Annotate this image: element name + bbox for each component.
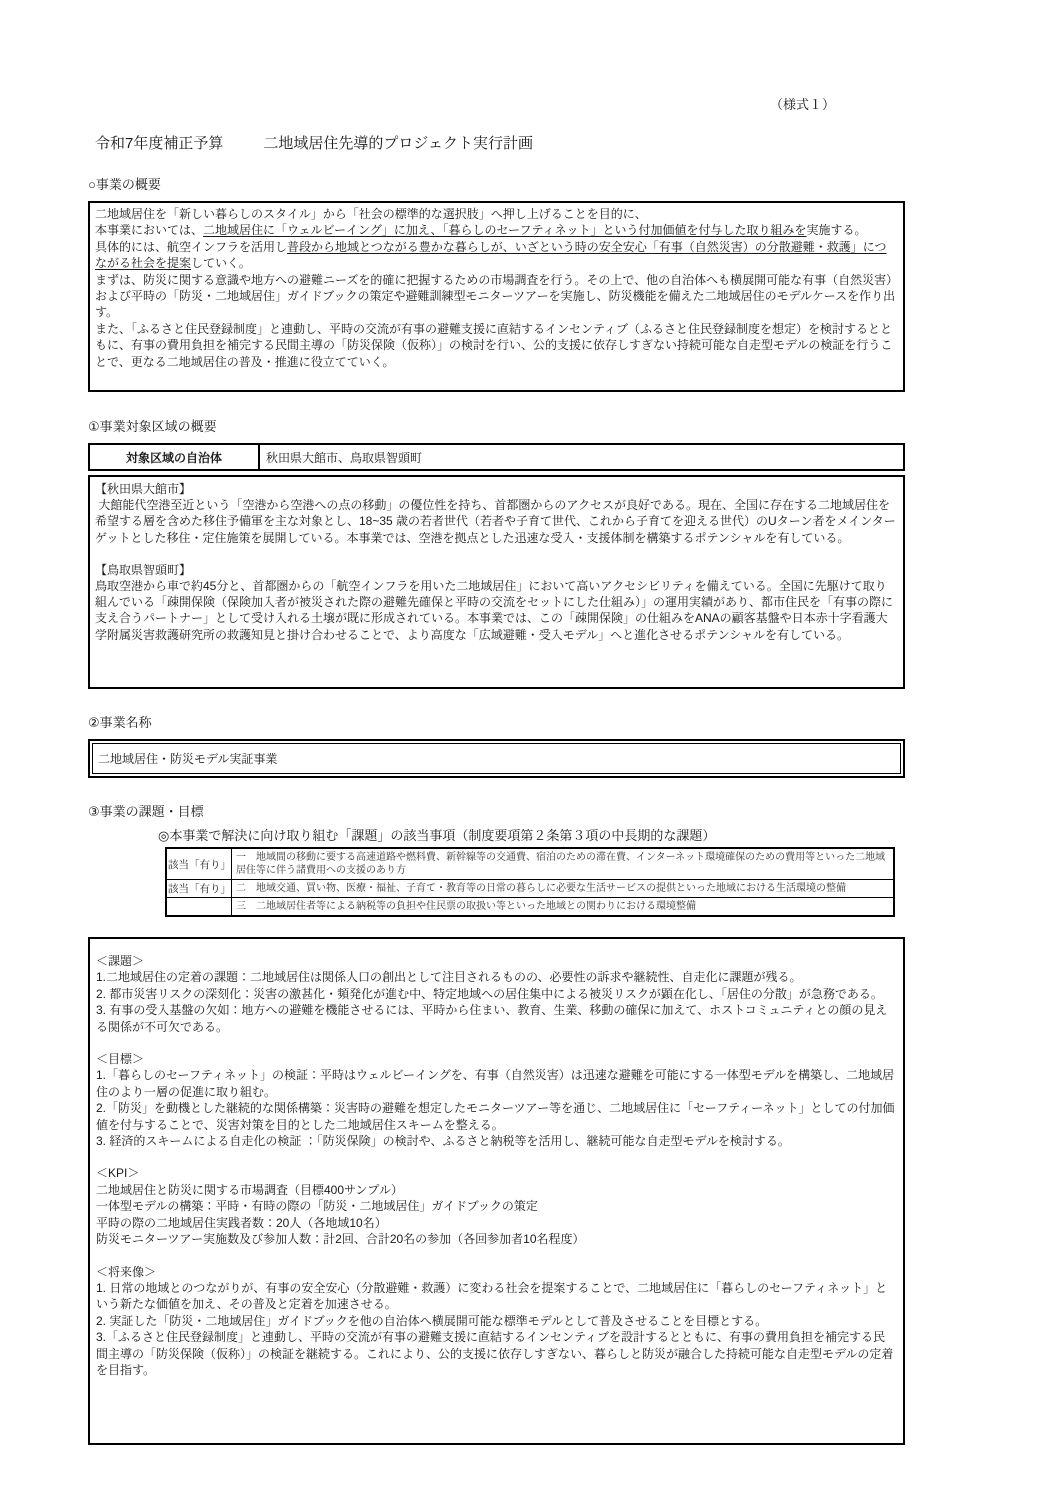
project-plan-title: 二地域居住先導的プロジェクト実行計画 — [263, 135, 533, 152]
budget-year-label: 令和7年度補正予算 — [95, 135, 223, 152]
document-title: 令和7年度補正予算二地域居住先導的プロジェクト実行計画 — [88, 132, 905, 153]
region-table-value: 秋田県大館市、鳥取県智頭町 — [259, 444, 904, 470]
detail-line: 二地域居住と防災に関する市場調査（目標400サンプル） — [96, 1182, 897, 1198]
detail-group-title: ＜目標＞ — [96, 1051, 897, 1067]
section-heading-overview: ○事業の概要 — [88, 174, 905, 193]
region-block-body: 鳥取空港から車で約45分と、首都圏からの「航空インフラを用いた二地域居住」におい… — [95, 579, 893, 642]
section-heading-name: ②事業名称 — [88, 712, 905, 731]
issue-row-label: 該当「有り」 — [166, 880, 232, 898]
issue-row-text: 三 二地域居住者等による納税等の負担や住民票の取扱い等といった地域との関わりにお… — [232, 898, 895, 917]
project-name-value: 二地域居住・防災モデル実証事業 — [98, 752, 277, 766]
detail-group-title: ＜将来像＞ — [96, 1264, 897, 1280]
region-block-body: 大館能代空港至近という「空港から空港への点の移動」の優位性を持ち、首都圏からのア… — [95, 498, 896, 544]
overview-paragraph: 二地域居住を「新しい暮らしのスタイル」から「社会の標準的な選択肢」へ押し上げるこ… — [95, 206, 898, 222]
issues-goals-box: ＜課題＞1.二地域居住の定着の課題：二地域居住は関係人口の創出として注目されるも… — [88, 937, 905, 1445]
detail-line: 一体型モデルの構築：平時・有時の際の「防災・二地域居住」ガイドブックの策定 — [96, 1198, 897, 1214]
overview-paragraph: 具体的には、航空インフラを活用し普段から地域とつながる豊かな暮らしが、いざという… — [95, 239, 898, 272]
issue-row: 三 二地域居住者等による納税等の負担や住民票の取扱い等といった地域との関わりにお… — [166, 898, 894, 917]
document-content: （様式１） 令和7年度補正予算二地域居住先導的プロジェクト実行計画 ○事業の概要… — [88, 0, 905, 1445]
detail-line: 2. 実証した「防災・二地域居住」ガイドブックを他の自治体へ横展開可能な標準モデ… — [96, 1313, 897, 1329]
document-page: （様式１） 令和7年度補正予算二地域居住先導的プロジェクト実行計画 ○事業の概要… — [0, 0, 1058, 1497]
issue-row: 該当「有り」一 地域間の移動に要する高速道路や燃料費、新幹線等の交通費、宿泊のた… — [166, 848, 894, 880]
detail-group: ＜課題＞1.二地域居住の定着の課題：二地域居住は関係人口の創出として注目されるも… — [96, 953, 897, 1035]
overview-box: 二地域居住を「新しい暮らしのスタイル」から「社会の標準的な選択肢」へ押し上げるこ… — [88, 201, 905, 392]
issues-subheading: ◎本事業で解決に向け取り組む「課題」の該当事項（制度要項第２条第３項の中長期的な… — [158, 825, 905, 844]
region-table-row: 対象区域の自治体 秋田県大館市、鳥取県智頭町 — [89, 444, 904, 470]
plain-text: 二地域居住を「新しい暮らしのスタイル」から「社会の標準的な選択肢」へ押し上げるこ… — [95, 207, 647, 221]
region-description-box: 【秋田県大館市】 大館能代空港至近という「空港から空港への点の移動」の優位性を持… — [88, 475, 905, 689]
detail-line: 1.二地域居住の定着の課題：二地域居住は関係人口の創出として注目されるものの、必… — [96, 969, 897, 985]
detail-group-title: ＜課題＞ — [96, 953, 897, 969]
region-block-title: 【鳥取県智頭町】 — [95, 562, 898, 578]
plain-text: していく。 — [191, 256, 251, 270]
issue-row-text: 一 地域間の移動に要する高速道路や燃料費、新幹線等の交通費、宿泊のための滞在費、… — [232, 848, 895, 880]
detail-group-title: ＜KPI＞ — [96, 1165, 897, 1181]
detail-group: ＜将来像＞1. 日常の地域とのつながりが、有事の安全安心（分散避難・救護）に変わ… — [96, 1264, 897, 1379]
plain-text: 実施する。 — [807, 223, 867, 237]
issue-row-text: 二 地域交通、買い物、医療・福祉、子育て・教育等の日常の暮らしに必要な生活サービ… — [232, 880, 895, 898]
detail-line: 1. 日常の地域とのつながりが、有事の安全安心（分散避難・救護）に変わる社会を提… — [96, 1280, 897, 1313]
detail-line: 防災モニターツアー実施数及び参加人数：計2回、合計20名の参加（各回参加者10名… — [96, 1231, 897, 1247]
project-name-box: 二地域居住・防災モデル実証事業 — [88, 739, 905, 778]
plain-text: 具体的には、航空インフラを活用し — [95, 240, 287, 254]
issue-row-label: 該当「有り」 — [166, 848, 232, 880]
detail-group: ＜目標＞1.「暮らしのセーフティネット」の検証：平時はウェルビーイングを、有事（… — [96, 1051, 897, 1149]
region-table: 対象区域の自治体 秋田県大館市、鳥取県智頭町 — [88, 443, 905, 471]
overview-paragraph: また、「ふるさと住民登録制度」と連動し、平時の交流が有事の避難支援に直結するイン… — [95, 321, 898, 370]
section-heading-region: ①事業対象区域の概要 — [88, 416, 905, 435]
underlined-text: 二地域居住に「ウェルビーイング」に加え、「暮らしのセーフティネット」という付加価… — [203, 223, 807, 237]
detail-line: 3. 有事の受入基盤の欠如：地方への避難を機能させるには、平時から住まい、教育、… — [96, 1002, 897, 1035]
plain-text: また、「ふるさと住民登録制度」と連動し、平時の交流が有事の避難支援に直結するイン… — [95, 322, 892, 369]
overview-paragraph: まずは、防災に関する意識や地方への避難ニーズを的確に把握するための市場調査を行う… — [95, 272, 898, 321]
detail-group: ＜KPI＞二地域居住と防災に関する市場調査（目標400サンプル）一体型モデルの構… — [96, 1165, 897, 1247]
region-block: 【鳥取県智頭町】鳥取空港から車で約45分と、首都圏からの「航空インフラを用いた二… — [95, 562, 898, 643]
plain-text: まずは、防災に関する意識や地方への避難ニーズを的確に把握するための市場調査を行う… — [95, 273, 895, 320]
section-heading-issues: ③事業の課題・目標 — [88, 801, 905, 820]
detail-line: 1.「暮らしのセーフティネット」の検証：平時はウェルビーイングを、有事（自然災害… — [96, 1067, 897, 1100]
overview-paragraph: 本事業においては、二地域居住に「ウェルビーイング」に加え、「暮らしのセーフティネ… — [95, 222, 898, 238]
region-table-label: 対象区域の自治体 — [89, 444, 259, 470]
form-style-label: （様式１） — [88, 94, 905, 113]
plain-text: 本事業においては、 — [95, 223, 203, 237]
detail-line: 3. 経済的スキームによる自走化の検証 ：「防災保険」の検討や、ふるさと納税等を… — [96, 1133, 897, 1149]
issue-applicability-table: 該当「有り」一 地域間の移動に要する高速道路や燃料費、新幹線等の交通費、宿泊のた… — [165, 847, 895, 917]
detail-line: 2. 都市災害リスクの深刻化：災害の激甚化・頻発化が進む中、特定地域への居住集中… — [96, 986, 897, 1002]
region-block: 【秋田県大館市】 大館能代空港至近という「空港から空港への点の移動」の優位性を持… — [95, 481, 898, 546]
detail-line: 3.「ふるさと住民登録制度」と連動し、平時の交流が有事の避難支援に直結するインセ… — [96, 1329, 897, 1378]
region-block-title: 【秋田県大館市】 — [95, 481, 898, 497]
detail-line: 2.「防災」を動機とした継続的な関係構築：災害時の避難を想定したモニターツアー等… — [96, 1100, 897, 1133]
detail-line: 平時の際の二地域居住実践者数：20人（各地域10名） — [96, 1215, 897, 1231]
issue-row-label — [166, 898, 232, 917]
issue-row: 該当「有り」二 地域交通、買い物、医療・福祉、子育て・教育等の日常の暮らしに必要… — [166, 880, 894, 898]
